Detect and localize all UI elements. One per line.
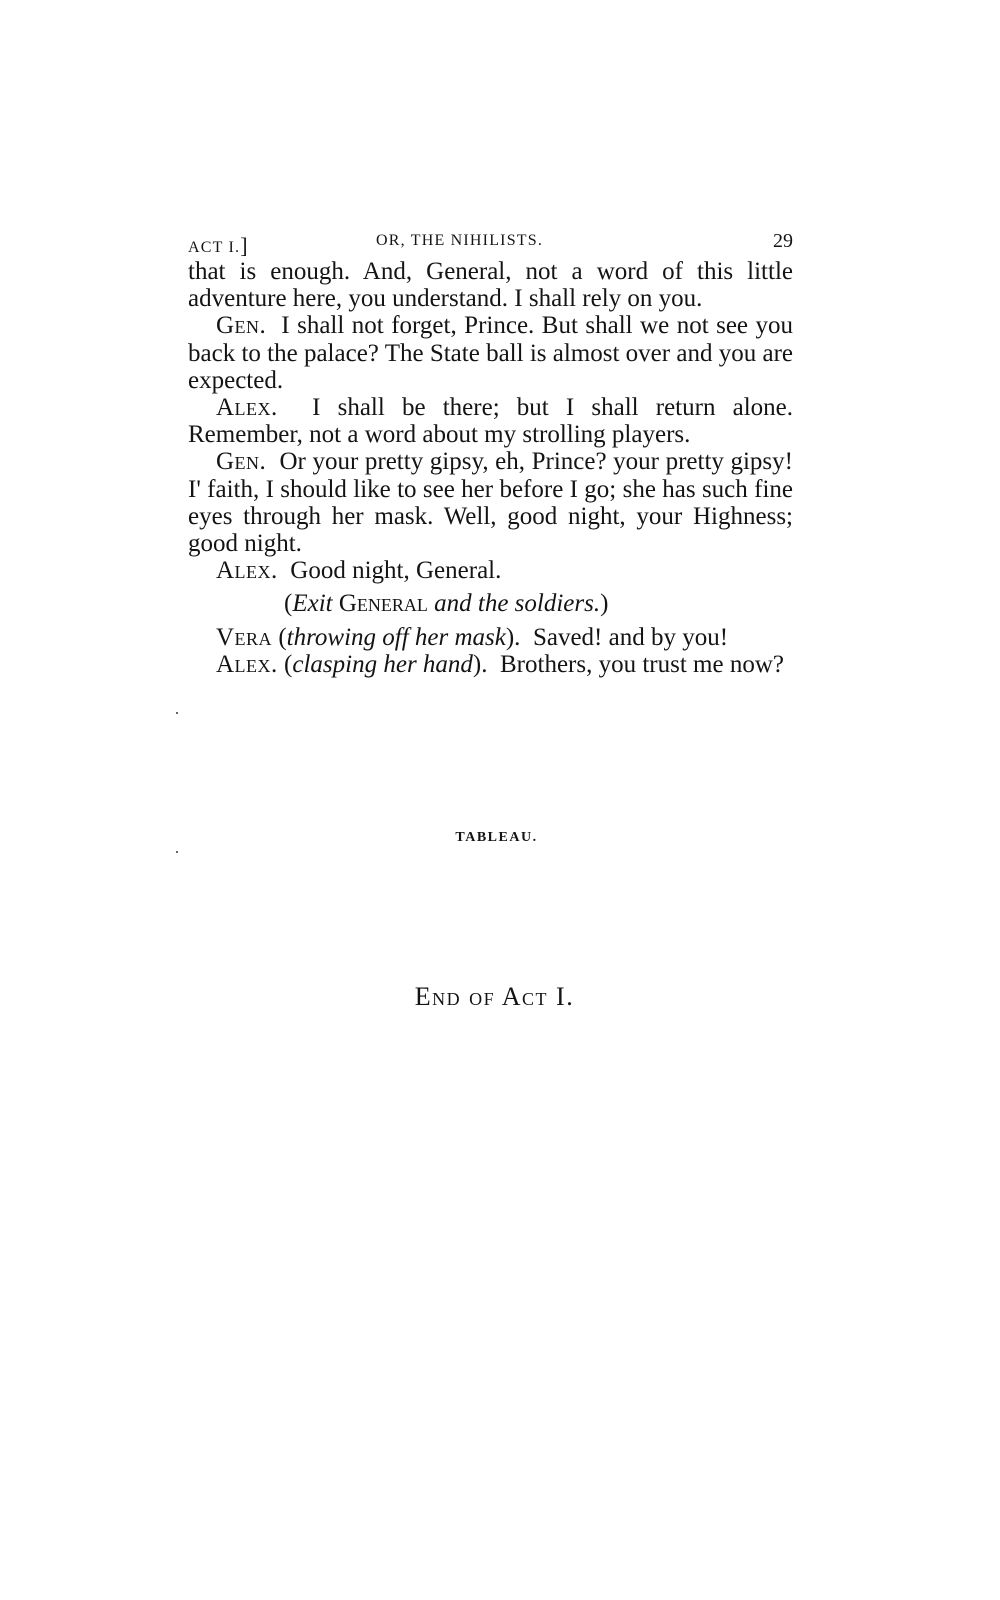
speech-text: I shall be there; but I shall return alo… [188,394,793,448]
page-number: 29 [773,230,793,253]
book-title-header: OR, THE NIHILISTS. [376,232,543,250]
book-page: ACT I.] OR, THE NIHILISTS. 29 that is en… [188,0,793,1600]
end-of-act-heading: End of Act I. [188,982,793,1012]
speaker-name: Alex. [216,651,278,678]
speech-general-2: Gen. Or your pretty gipsy, eh, Prince? y… [188,448,793,557]
speech-general-1: Gen. I shall not forget, Prince. But sha… [188,312,793,394]
speech-text: Good night, General. [290,557,501,584]
speech-text: I shall not forget, Prince. But shall we… [188,312,793,393]
speech-vera: Vera (throwing off her mask). Saved! and… [188,624,793,651]
speech-text: Or your pretty gipsy, eh, Prince? your p… [188,448,793,557]
stage-direction-exit: (Exit General and the soldiers.) [188,590,793,617]
speech-alex-2: Alex. Good night, General. [188,557,793,584]
speech-alex-1: Alex. I shall be there; but I shall retu… [188,394,793,448]
speaker-name: Alex. [216,394,278,421]
act-label: ACT I.] [188,232,249,258]
speech-alex-3: Alex. (clasping her hand). Brothers, you… [188,651,793,678]
play-text: that is enough. And, General, not a word… [188,258,793,678]
speech-text: Saved! and by you! [533,624,728,651]
speaker-name: Gen. [216,448,266,475]
scan-speck [176,712,178,714]
speaker-name: Alex. [216,557,278,584]
speaker-name: Vera [216,624,272,651]
stage-direction: throwing off her mask [287,624,506,651]
speaker-name: Gen. [216,312,266,339]
tableau-heading: TABLEAU. [188,830,793,846]
continuation-paragraph: that is enough. And, General, not a word… [188,258,793,312]
scan-speck [176,851,178,853]
speech-text: Brothers, you trust me now? [500,651,784,678]
stage-direction: clasping her hand [292,651,473,678]
